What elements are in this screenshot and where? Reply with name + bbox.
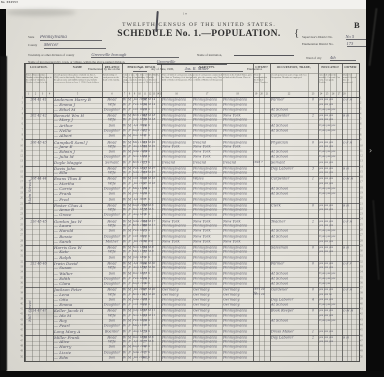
cell-m: S: [148, 150, 161, 153]
cell-m: S: [148, 108, 161, 111]
cell-rel: Daughter: [103, 277, 121, 281]
cell-n3: Pennsylvania: [223, 277, 252, 281]
row-number-left: 26: [18, 228, 23, 231]
row-number-left: 28: [18, 239, 23, 242]
cell-o: At School: [271, 235, 307, 239]
cell-name: — Pearl: [54, 324, 101, 329]
cell-n3: New York: [223, 145, 252, 149]
cell-mo: 1: [309, 330, 317, 334]
row-number-right: 10: [360, 144, 365, 147]
column-number: 19: [254, 92, 258, 95]
column-number: 1: [26, 92, 31, 95]
cell-n1: Pennsylvania: [162, 187, 191, 191]
cell-e: yes yes yes: [319, 288, 341, 291]
cell-e: 9 yes yes yes: [319, 229, 341, 232]
cell-n1: Pennsylvania: [162, 192, 191, 196]
cell-o: At School: [271, 229, 307, 233]
cell-n1: Pennsylvania: [162, 330, 191, 334]
cell-e: yes yes yes: [319, 177, 341, 180]
column-sub-label: Relationship of each person to the head …: [103, 74, 121, 83]
row-number-left: 7: [18, 128, 23, 131]
cell-name: — Sarah: [54, 240, 101, 245]
cell-n3: Pennsylvania: [223, 213, 252, 217]
cell-n2: Pennsylvania: [193, 129, 221, 133]
row-number-right: 23: [360, 212, 365, 215]
cell-rel: Daughter: [103, 282, 121, 286]
row-number-right: 5: [360, 117, 365, 120]
cell-m: M 20: [148, 288, 161, 291]
column-number: 21: [265, 92, 269, 95]
cell-n2: Pennsylvania: [193, 330, 221, 334]
cell-e: 8 yes yes yes: [319, 272, 341, 275]
cell-rel: Son: [103, 256, 121, 260]
cell-rel: Son: [103, 150, 121, 154]
cell-h: O M H: [343, 309, 358, 312]
cell-n1: Pennsylvania: [162, 298, 191, 302]
cell-m: M 5: [148, 208, 161, 211]
cell-n2: Pennsylvania: [193, 224, 221, 228]
row-number-right: 32: [360, 260, 365, 263]
cell-m: M 14: [148, 103, 161, 106]
cell-name: — Ella: [54, 171, 101, 176]
row-number-left: 48: [18, 344, 23, 347]
cell-m: S: [148, 213, 161, 216]
row-number-right: 33: [360, 265, 365, 268]
row-number-right: 9: [360, 138, 365, 141]
cell-o: At School: [271, 277, 307, 281]
row-number-left: 34: [18, 270, 23, 273]
cell-name: — Ralph: [54, 256, 101, 261]
cell-name: — Jane E: [54, 145, 101, 150]
cell-m: S: [148, 303, 161, 306]
cell-n3: Pennsylvania: [223, 192, 252, 196]
cell-e: 9 yes yes yes: [319, 124, 341, 127]
cell-m: S: [148, 298, 161, 301]
cell-m: M 18: [148, 118, 161, 121]
row-number-right: 15: [360, 170, 365, 173]
cell-m: S: [148, 198, 161, 201]
cell-n1: New York: [162, 145, 191, 149]
cell-o: At School: [271, 150, 307, 154]
row-number-right: 8: [360, 133, 365, 136]
cell-rel: Wife: [103, 293, 121, 297]
cell-n3: Pennsylvania: [223, 319, 252, 323]
cell-m: M 30: [148, 262, 161, 265]
column-group-label: RELATION.: [105, 65, 119, 69]
column-group-label: CITIZENSHIP.: [255, 65, 267, 69]
cell-h: R H: [343, 336, 358, 339]
column-sub-label: of each person ten years of age and over…: [271, 74, 317, 83]
row-number-left: 1: [18, 96, 23, 99]
column-group-label: LOCATION.: [29, 65, 49, 69]
cell-e: yes yes yes: [319, 141, 341, 144]
cell-name: — Bessie: [54, 235, 101, 240]
cell-n2: Pennsylvania: [193, 182, 221, 186]
cell-e: 8 yes yes yes: [319, 155, 341, 158]
cell-e: yes yes yes: [319, 336, 341, 339]
cell-n2: Pennsylvania: [193, 208, 221, 212]
cell-m: M 5: [148, 204, 161, 207]
cell-n3: New York: [223, 240, 252, 244]
cell-name: — Harry: [54, 345, 101, 350]
cell-h: O F F: [343, 262, 358, 265]
cell-n2: Pennsylvania: [193, 345, 221, 349]
column-number: 20: [260, 92, 263, 95]
cell-rel: Daughter: [103, 235, 121, 239]
cell-name: — Nellie: [54, 129, 101, 134]
cell-n3: Pennsylvania: [223, 129, 252, 133]
cell-name: — Roy: [54, 319, 101, 324]
cell-n2: New York: [193, 145, 221, 149]
cell-m: S: [148, 129, 161, 132]
cell-n1: Pennsylvania: [162, 224, 191, 228]
cell-n1: Pennsylvania: [162, 150, 191, 154]
cell-rel: Wife: [103, 314, 121, 318]
cell-name: — Harold: [54, 229, 101, 234]
cell-m: S: [148, 235, 161, 238]
row-number-right: 14: [360, 165, 365, 168]
cell-n2: Germany: [193, 298, 221, 302]
cell-e: yes yes yes: [319, 224, 341, 227]
column-number: 10: [138, 92, 141, 95]
cell-n1: New York: [162, 240, 191, 244]
cell-m: S: [148, 324, 161, 327]
row-number-right: 42: [360, 312, 365, 315]
cell-m: M 27: [148, 171, 161, 174]
column-number: 18: [227, 92, 247, 95]
cell-name: — Otto: [54, 298, 101, 303]
cell-e: yes yes yes: [319, 220, 341, 223]
cell-n2: Pennsylvania: [193, 340, 221, 344]
row-number-right: 28: [360, 239, 365, 242]
cell-n1: Pennsylvania: [162, 118, 191, 122]
column-number: 24: [319, 92, 323, 95]
cell-n1: Pennsylvania: [162, 272, 191, 276]
cell-n2: Pennsylvania: [193, 324, 221, 328]
column-number: 7: [123, 92, 126, 95]
cell-name: — Martha: [54, 182, 101, 187]
cell-rel: Daughter: [103, 213, 121, 217]
cell-n3: Germany: [223, 293, 252, 297]
cell-n3: Pennsylvania: [223, 118, 252, 122]
cell-m: M 17: [148, 220, 161, 223]
cell-n2: Pennsylvania: [193, 256, 221, 260]
cell-name: — Emma J: [54, 103, 101, 108]
row-number-right: 21: [360, 202, 365, 205]
cell-n1: Pennsylvania: [162, 171, 191, 175]
cell-n2: Germany: [193, 293, 221, 297]
row-number-right: 26: [360, 228, 365, 231]
cell-n3: Pennsylvania: [223, 282, 252, 286]
row-number-left: 3: [18, 107, 23, 110]
cell-n3: Pennsylvania: [223, 198, 252, 202]
column-sub-label: of each person whose place of abode on J…: [54, 74, 101, 83]
cell-e: 9 yes yes yes: [319, 319, 341, 322]
cell-n3: Pennsylvania: [223, 345, 252, 349]
cell-m: M 27: [148, 167, 161, 170]
cell-e: yes yes yes: [319, 204, 341, 207]
cell-h: O F H: [343, 220, 358, 223]
column-number: 13: [153, 92, 155, 95]
cell-name: Doyle Maggie: [54, 161, 101, 166]
cell-name: — Julia M: [54, 155, 101, 160]
institution-blank: [234, 51, 294, 56]
gutter-streak: [368, 8, 377, 66]
cell-n3: Pennsylvania: [223, 155, 252, 159]
cell-e: 8 yes yes yes: [319, 150, 341, 153]
cell-n1: Pennsylvania: [162, 340, 191, 344]
row-number-left: 36: [18, 281, 23, 284]
cell-e: 9 yes yes: [319, 282, 341, 285]
cell-m: M 30: [148, 266, 161, 269]
row-number-right: 36: [360, 281, 365, 284]
cell-e: 9 yes yes yes: [319, 277, 341, 280]
cell-n2: Pennsylvania: [193, 266, 221, 270]
cell-rel: Wife: [103, 182, 121, 186]
cell-n2: New York: [193, 150, 221, 154]
cell-rel: Daughter: [103, 155, 121, 159]
cell-m: S: [148, 330, 161, 333]
cell-n2: Pennsylvania: [193, 213, 221, 217]
cell-o: At School: [271, 303, 307, 307]
cell-n2: Pennsylvania: [193, 192, 221, 196]
cell-o: At School: [271, 319, 307, 323]
cell-n1: Pennsylvania: [162, 324, 191, 328]
cell-e: yes yes yes: [319, 240, 341, 243]
cell-h: O M H: [343, 177, 358, 180]
cell-o: At School: [271, 192, 307, 196]
column-group-label: OWNERSHIP OF HOME.: [344, 65, 356, 69]
row-number-left: 8: [18, 133, 23, 136]
cell-n3: Pennsylvania: [223, 314, 252, 318]
cell-n2: Pennsylvania: [193, 282, 221, 286]
cell-e: yes yes yes: [319, 309, 341, 312]
cell-rel: Boarder: [103, 330, 121, 334]
cell-m: M 16: [148, 177, 161, 180]
column-number: 3: [40, 92, 45, 95]
cell-name: — Lizzie: [54, 351, 101, 356]
cell-m: M 6: [148, 336, 161, 339]
column-number: 12: [149, 92, 152, 95]
row-number-right: 27: [360, 233, 365, 236]
cell-name: — Edwin J: [54, 150, 101, 155]
column-number: 26: [331, 92, 335, 95]
cell-name: — Carrie: [54, 187, 101, 192]
gutter-streak: [372, 200, 380, 280]
cell-rel: Daughter: [103, 108, 121, 112]
cell-n2: Pennsylvania: [193, 108, 221, 112]
cell-e: 9 yes yes yes: [319, 187, 341, 190]
row-number-right: 7: [360, 128, 365, 131]
row-number-right: 48: [360, 344, 365, 347]
ward-value: 4th: [330, 55, 356, 61]
row-number-left: 15: [18, 170, 23, 173]
row-number-right: 22: [360, 207, 365, 210]
schedule-title: SCHEDULE No. 1.—POPULATION.: [94, 29, 304, 39]
cell-e: 8 yes yes yes: [319, 108, 341, 111]
cell-n1: Pennsylvania: [162, 250, 191, 254]
row-number-left: 23: [18, 212, 23, 215]
row-number-right: 11: [360, 149, 365, 152]
cell-rel: Wife: [103, 118, 121, 122]
cell-name: — Laura: [54, 224, 101, 229]
cell-rel: Wife: [103, 171, 121, 175]
cell-name: — Arthur: [54, 124, 101, 129]
cell-e: yes yes yes: [319, 250, 341, 253]
column-number: 11: [143, 92, 147, 95]
cell-rel: Son: [103, 134, 121, 138]
cell-name: — Ethel M: [54, 108, 101, 113]
row-number-right: 19: [360, 191, 365, 194]
cell-name: — Lena: [54, 293, 101, 298]
cell-n3: Pennsylvania: [223, 266, 252, 270]
cell-n1: Pennsylvania: [162, 134, 191, 138]
row-number-right: 44: [360, 323, 365, 326]
cell-n2: Pennsylvania: [193, 356, 221, 360]
cell-n1: Pennsylvania: [162, 182, 191, 186]
cell-m: S: [148, 161, 161, 164]
row-number-left: 43: [18, 318, 23, 321]
row-number-right: 50: [360, 355, 365, 358]
cell-name: — Alice: [54, 340, 101, 345]
cell-m: M 8: [148, 246, 161, 249]
cell-e: yes yes no: [319, 293, 341, 296]
column-group-label: NATIVITY.: [174, 65, 240, 69]
cell-e: 9 yes yes yes: [319, 235, 341, 238]
district-brace: {: [294, 23, 299, 41]
table-row: — EdwSonWMJan 19005/12SPennsylvaniaPenns…: [25, 356, 359, 362]
cell-n3: Pennsylvania: [223, 356, 252, 360]
row-number-right: 30: [360, 249, 365, 252]
cell-e: yes yes yes: [319, 103, 341, 106]
cell-n3: Pennsylvania: [223, 171, 252, 175]
row-number-left: 10: [18, 144, 23, 147]
cell-name: — Frank: [54, 192, 101, 197]
row-number-right: 31: [360, 254, 365, 257]
row-number-left: 22: [18, 207, 23, 210]
row-number-right: 16: [360, 175, 365, 178]
cell-o: At School: [271, 155, 307, 159]
cell-name: — Albert: [54, 134, 101, 139]
cell-n1: Pennsylvania: [162, 277, 191, 281]
row-number-right: 17: [360, 180, 365, 183]
cell-h: O F H: [343, 141, 358, 144]
row-number-left: 12: [18, 154, 23, 157]
cell-m: S: [148, 272, 161, 275]
column-number: 5: [62, 92, 94, 95]
row-number-left: 49: [18, 349, 23, 352]
cell-rel: Wife: [103, 103, 121, 107]
cell-n3: Pennsylvania: [223, 324, 252, 328]
cell-e: yes yes yes: [319, 161, 341, 164]
row-number-left: 24: [18, 217, 23, 220]
cell-e: yes yes yes: [319, 182, 341, 185]
column-number: 25: [325, 92, 329, 95]
cell-n2: Pennsylvania: [193, 250, 221, 254]
row-number-left: 35: [18, 276, 23, 279]
cell-m: M 8: [148, 250, 161, 253]
cell-o: At School: [271, 124, 307, 128]
cell-n1: Germany: [162, 293, 191, 297]
row-number-right: 20: [360, 196, 365, 199]
cell-n1: Pennsylvania: [162, 345, 191, 349]
cell-h: R H: [343, 204, 358, 207]
cell-e: yes yes yes: [319, 314, 341, 317]
cell-h: R H: [343, 114, 358, 117]
cell-rel: Son: [103, 198, 121, 202]
chevron-right-icon: ›: [369, 146, 372, 155]
cell-rel: Servant: [103, 161, 121, 165]
cell-m: S: [148, 134, 161, 137]
row-number-left: 17: [18, 180, 23, 183]
cell-m: M 22: [148, 145, 161, 148]
cell-h: O F H: [343, 288, 358, 291]
ward-label: Ward of city: [306, 56, 322, 60]
column-sub-label: Color or race. Sex. Date of birth: Month…: [123, 74, 160, 83]
cell-e: yes yes yes: [319, 330, 341, 333]
cell-n3: Pennsylvania: [223, 229, 252, 233]
cell-n3: Pennsylvania: [223, 256, 252, 260]
cell-n2: Pennsylvania: [193, 134, 221, 138]
row-number-left: 13: [18, 159, 23, 162]
row-number-left: 38: [18, 291, 23, 294]
row-number-right: 6: [360, 122, 365, 125]
row-number-left: 6: [18, 122, 23, 125]
cell-o: At School: [271, 129, 307, 133]
cell-n3: Pennsylvania: [223, 182, 252, 186]
cell-m: M 17: [148, 224, 161, 227]
cell-n3: Germany: [223, 303, 252, 307]
cell-e: yes yes yes: [319, 246, 341, 249]
cell-e: yes yes yes: [319, 340, 341, 343]
cell-m: M 22: [148, 141, 161, 144]
row-number-left: 41: [18, 307, 23, 310]
cell-n3: Pennsylvania: [223, 250, 252, 254]
cell-n3: Germany: [223, 298, 252, 302]
cell-m: M 18: [148, 114, 161, 117]
cell-n3: Pennsylvania: [223, 224, 252, 228]
row-number-left: 19: [18, 191, 23, 194]
cell-rel: Son: [103, 192, 121, 196]
column-sub-label: Owned or rented. Owned free or mortgaged…: [343, 74, 358, 83]
column-group-label: OCCUPATION, TRADE, OR PROFESSION: [277, 65, 312, 69]
cell-m: S: [148, 351, 161, 354]
cell-m: S: [148, 229, 161, 232]
row-number-right: 41: [360, 307, 365, 310]
row-number-left: 44: [18, 323, 23, 326]
cell-n2: Pennsylvania: [193, 314, 221, 318]
row-number-left: 31: [18, 254, 23, 257]
cell-n1: Pennsylvania: [162, 208, 191, 212]
cell-m: Wd: [148, 240, 161, 243]
cell-e: 9 yes yes yes: [319, 303, 341, 306]
cell-h: R H: [343, 246, 358, 249]
cell-rel: Daughter: [103, 129, 121, 133]
cell-rel: Wife: [103, 145, 121, 149]
cell-n3: Pennsylvania: [223, 108, 252, 112]
cell-n2: Pennsylvania: [193, 187, 221, 191]
row-number-left: 33: [18, 265, 23, 268]
row-number-right: 47: [360, 339, 365, 342]
cell-n1: Pennsylvania: [162, 129, 191, 133]
cell-name: — Mary J: [54, 118, 101, 123]
cell-n1: Pennsylvania: [162, 351, 191, 355]
cell-n3: Pennsylvania: [223, 124, 252, 128]
row-number-right: 2: [360, 101, 365, 104]
cell-n3: Pennsylvania: [223, 150, 252, 154]
row-number-left: 30: [18, 249, 23, 252]
column-group-label: NAME: [60, 65, 95, 69]
